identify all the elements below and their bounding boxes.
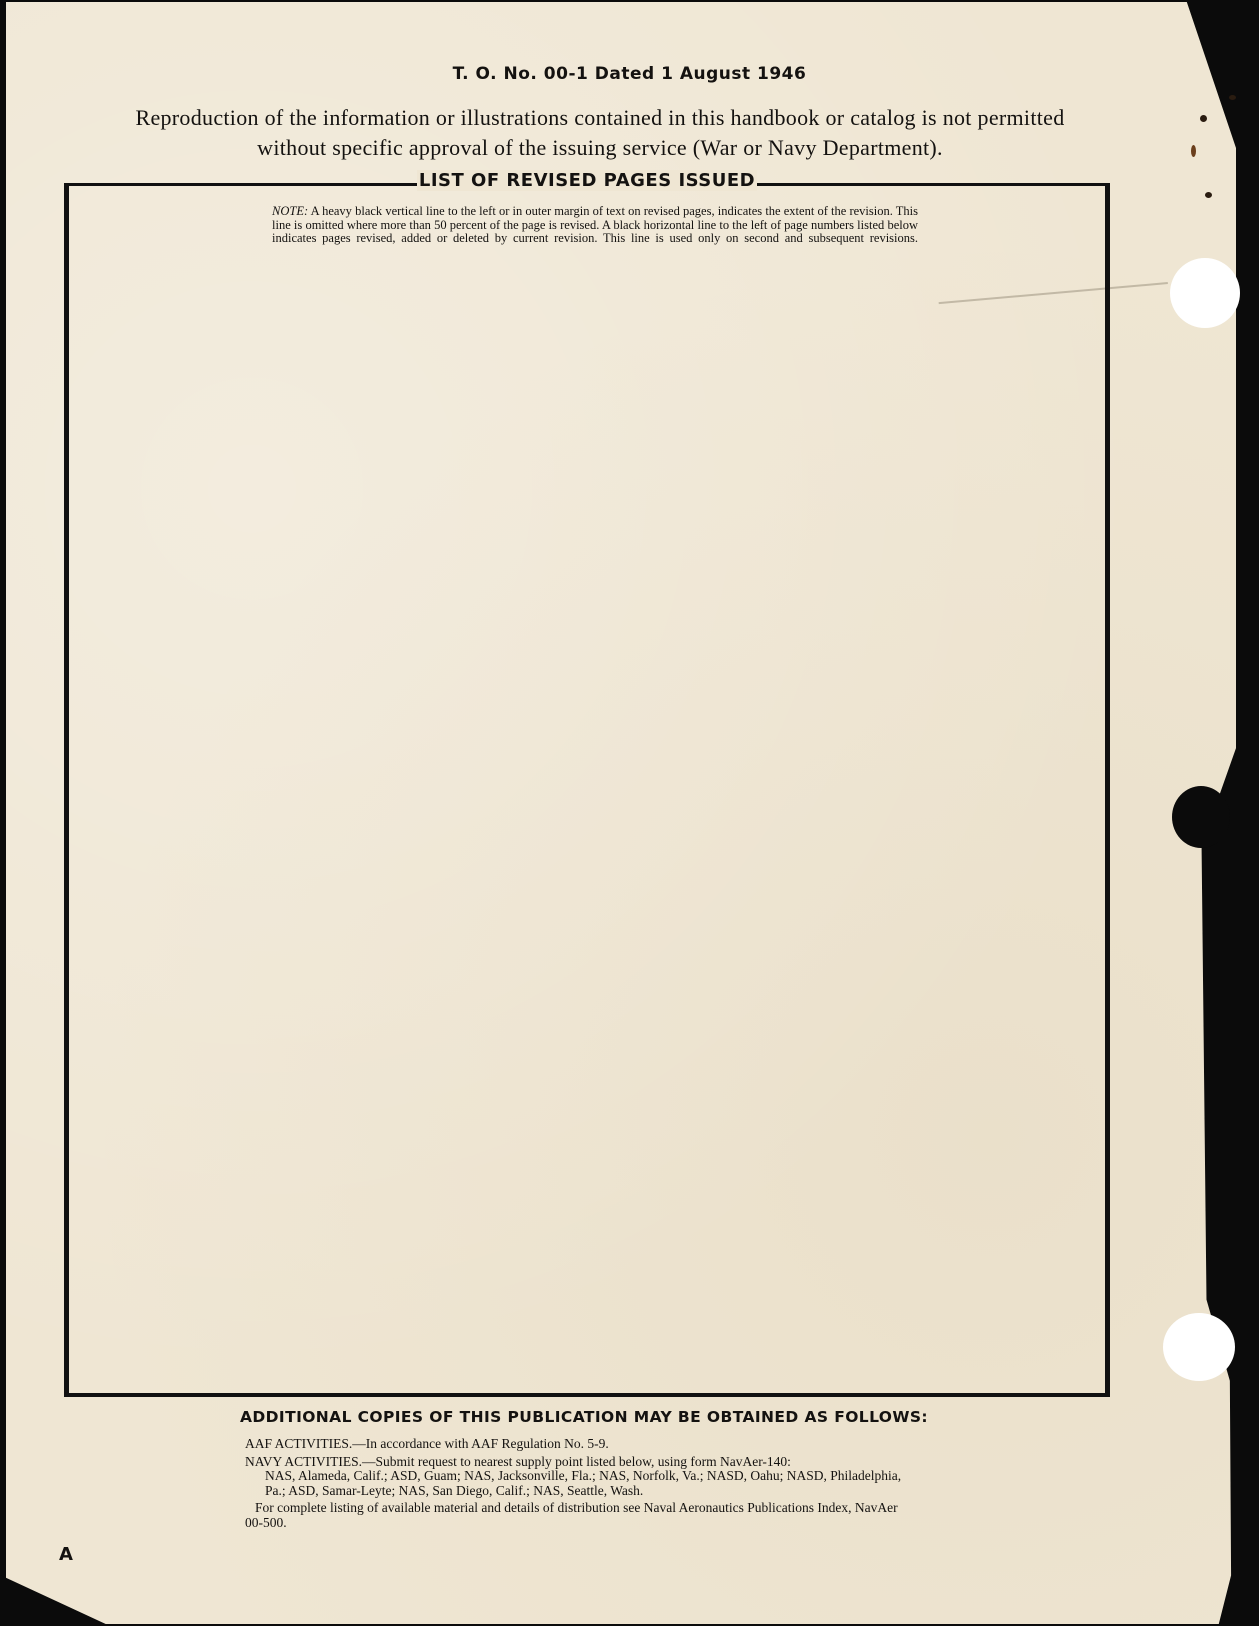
ink-stain <box>1205 192 1212 198</box>
revised-pages-title-text: LIST OF REVISED PAGES ISSUED <box>417 170 757 191</box>
punch-hole-bottom <box>1163 1313 1235 1381</box>
page-letter: A <box>59 1544 73 1565</box>
ink-stain <box>1191 145 1196 157</box>
revised-pages-title: LIST OF REVISED PAGES ISSUED <box>0 170 1174 191</box>
note-text: A heavy black vertical line to the left … <box>272 204 918 245</box>
publications-index-note: For complete listing of available materi… <box>245 1501 918 1530</box>
revision-note: NOTE: A heavy black vertical line to the… <box>272 205 918 246</box>
aaf-activities: AAF ACTIVITIES.—In accordance with AAF R… <box>245 1437 918 1452</box>
revised-pages-frame <box>64 183 1110 1397</box>
punch-hole-middle <box>1172 786 1230 848</box>
ink-stain <box>1200 115 1207 122</box>
note-lead: NOTE: <box>272 204 308 218</box>
navy-supply-points: NAS, Alameda, Calif.; ASD, Guam; NAS, Ja… <box>245 1469 918 1498</box>
additional-copies-heading: ADDITIONAL COPIES OF THIS PUBLICATION MA… <box>240 1408 920 1426</box>
reproduction-notice: Reproduction of the information or illus… <box>100 103 1100 163</box>
navy-activities: NAVY ACTIVITIES.—Submit request to neare… <box>245 1455 918 1470</box>
ink-stain <box>1229 95 1236 100</box>
document-code: T. O. No. 00-1 Dated 1 August 1946 <box>0 64 1259 84</box>
punch-hole-top <box>1170 258 1240 328</box>
additional-copies-body: AAF ACTIVITIES.—In accordance with AAF R… <box>245 1437 918 1533</box>
